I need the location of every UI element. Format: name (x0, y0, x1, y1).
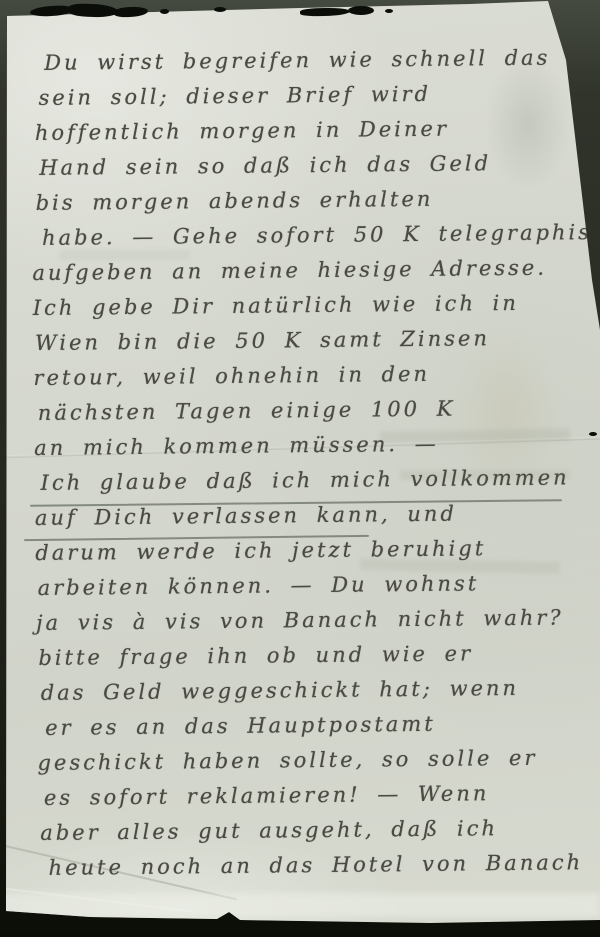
letter-photo: Du wirst begreifen wie schnell das sein … (0, 0, 600, 937)
handwritten-line-13: Ich glaube daß ich mich vollkommen (34, 460, 594, 501)
handwritten-line-23: aber alles gut ausgeht, daß ich (38, 810, 598, 851)
handwritten-line-11: nächsten Tagen einige 100 K (34, 390, 594, 431)
handwritten-line-20: er es an das Hauptpostamt (37, 705, 597, 746)
ink-speck (589, 432, 597, 436)
letter-page: Du wirst begreifen wie schnell das sein … (0, 0, 600, 937)
handwritten-line-2: sein soll; dieser Brief wird (30, 75, 590, 116)
handwritten-line-10: retour, weil ohnehin in den (33, 355, 593, 396)
handwritten-line-9: Wien bin die 50 K samt Zinsen (33, 320, 593, 361)
handwritten-line-8: Ich gebe Dir natürlich wie ich in (33, 285, 593, 326)
handwritten-line-21: geschickt haben sollte, so solle er (37, 740, 597, 781)
handwritten-line-5: bis morgen abends erhalten (31, 180, 591, 221)
handwritten-line-1: Du wirst begreifen wie schnell das (30, 40, 590, 81)
handwritten-line-24: heute noch an das Hotel von Banach (38, 845, 598, 886)
handwritten-line-19: das Geld weggeschickt hat; wenn (37, 670, 597, 711)
handwritten-line-6: habe. — Gehe sofort 50 K telegraphisch (32, 215, 592, 256)
handwritten-line-7: aufgeben an meine hiesige Adresse. (32, 250, 592, 291)
tape-residue-mark (348, 6, 374, 15)
handwritten-line-18: bitte frage ihn ob und wie er (36, 635, 596, 676)
paper-edge-highlight (0, 893, 600, 917)
handwritten-line-16: arbeiten können. — Du wohnst (35, 565, 595, 606)
tape-residue-speck (214, 7, 226, 12)
tape-residue-speck (160, 9, 169, 14)
handwritten-line-17: ja vis à vis von Banach nicht wahr? (36, 600, 596, 641)
fold-crease (0, 885, 194, 913)
handwritten-line-4: Hand sein so daß ich das Geld (31, 145, 591, 186)
handwritten-line-12: an mich kommen müssen. — (34, 425, 594, 466)
handwritten-line-22: es sofort reklamieren! — Wenn (38, 775, 598, 816)
tape-residue-speck (385, 9, 393, 13)
letter-body: Du wirst begreifen wie schnell das sein … (30, 40, 599, 886)
handwritten-line-3: hoffentlich morgen in Deiner (31, 110, 591, 151)
